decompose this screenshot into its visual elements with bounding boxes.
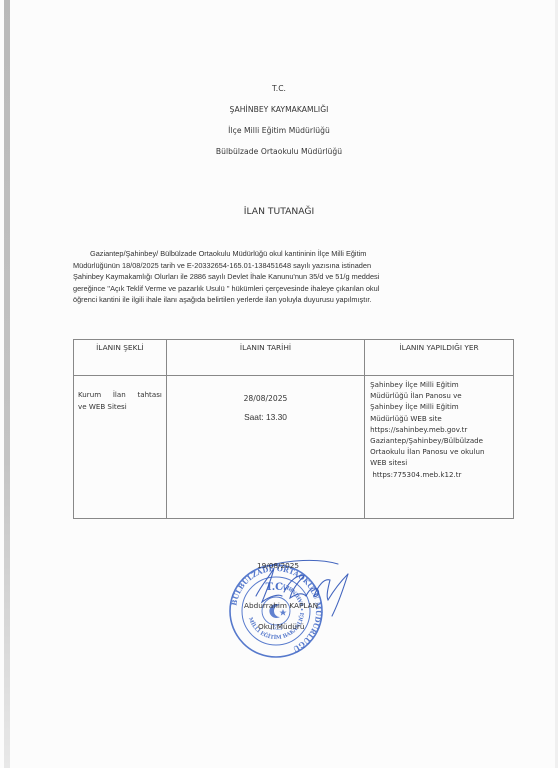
announcement-table: İLANIN ŞEKLİ İLANIN TARİHİ İLANIN YAPILD… (73, 339, 514, 519)
announcement-date: 28/08/2025 (167, 394, 364, 403)
shape-line-1: Kurum İlan tahtası (78, 389, 162, 401)
column-header-place: İLANIN YAPILDIĞI YER (365, 340, 514, 376)
place-link-sahinbey: https://sahinbey.meb.gov.tr (370, 424, 510, 435)
place-line: Müdürlüğü WEB site (370, 413, 510, 424)
scan-edge-shadow (4, 0, 10, 768)
cell-announcement-place: Şahinbey İlçe Milli Eğitim Müdürlüğü İla… (365, 376, 514, 519)
table-header-row: İLANIN ŞEKLİ İLANIN TARİHİ İLANIN YAPILD… (74, 340, 514, 376)
place-line: Şahinbey İlçe Milli Eğitim (370, 401, 510, 412)
signature-date: 19/08/2025 (257, 561, 299, 570)
signatory-name: Abdurrahim KAPLAN (244, 601, 318, 610)
place-line: Şahinbey İlçe Milli Eğitim (370, 379, 510, 390)
shape-word: tahtası (137, 389, 161, 401)
shape-word: Kurum (78, 389, 101, 401)
announcement-time: Saat: 13.30 (167, 412, 364, 422)
table-row: Kurum İlan tahtası ve WEB Sitesi 28/08/2… (74, 376, 514, 519)
paragraph-line: Şahinbey Kaymakamlığı Olurları ile 2886 … (73, 271, 523, 283)
paragraph-line: Gaziantep/Şahinbey/ Bülbülzade Ortaokulu… (73, 248, 523, 260)
document-page: T.C. ŞAHİNBEY KAYMAKAMLIĞI İlçe Milli Eğ… (0, 0, 558, 768)
place-line: Ortaokulu İlan Panosu ve okulun (370, 446, 510, 457)
place-link-school: https:775304.meb.k12.tr (370, 469, 510, 480)
signatory-title: Okul Müdürü (258, 622, 305, 631)
place-line: Müdürlüğü İlan Panosu ve (370, 390, 510, 401)
place-line: WEB sitesi (370, 457, 510, 468)
column-header-shape: İLANIN ŞEKLİ (74, 340, 167, 376)
header-tc: T.C. (0, 84, 558, 93)
shape-word: İlan (113, 389, 126, 401)
paragraph-line: öğrenci kantini ile ilgili ihale ilanı a… (73, 294, 523, 306)
place-line: Gaziantep/Şahinbey/Bülbülzade (370, 435, 510, 446)
paragraph-line: gereğince ''Açık Teklif Verme ve pazarlı… (73, 283, 523, 295)
shape-line-2: ve WEB Sitesi (78, 402, 127, 411)
cell-announcement-shape: Kurum İlan tahtası ve WEB Sitesi (74, 376, 167, 519)
document-title: İLAN TUTANAĞI (0, 206, 558, 217)
header-school: Bülbülzade Ortaokulu Müdürlüğü (0, 147, 558, 156)
header-ilce-mem: İlçe Milli Eğitim Müdürlüğü (0, 126, 558, 135)
paragraph-line: Müdürlüğünün 18/08/2025 tarih ve E-20332… (73, 260, 523, 272)
body-paragraph: Gaziantep/Şahinbey/ Bülbülzade Ortaokulu… (73, 248, 523, 306)
column-header-date: İLANIN TARİHİ (166, 340, 364, 376)
header-kaymakamlik: ŞAHİNBEY KAYMAKAMLIĞI (0, 105, 558, 114)
cell-announcement-date: 28/08/2025 Saat: 13.30 (166, 376, 364, 519)
